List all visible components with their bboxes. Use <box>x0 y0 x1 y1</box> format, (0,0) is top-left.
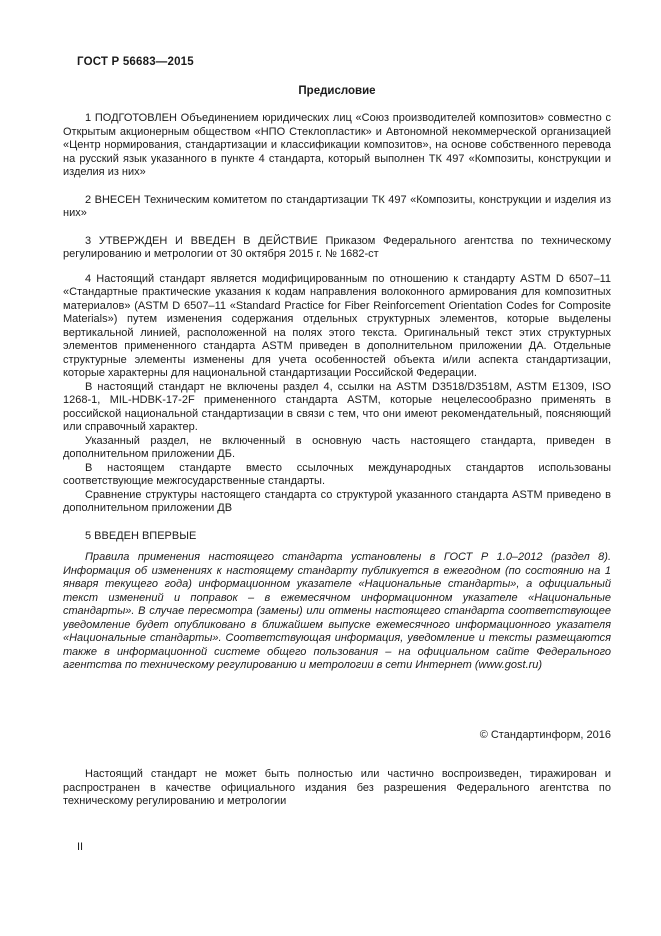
preface-item-1: 1 ПОДГОТОВЛЕН Объединением юридических л… <box>63 112 611 180</box>
application-rules-note: Правила применения настоящего стандарта … <box>63 551 611 673</box>
preface-item-3: 3 УТВЕРЖДЕН И ВВЕДЕН В ДЕЙСТВИЕ Приказом… <box>63 235 611 262</box>
section-title: Предисловие <box>63 84 611 98</box>
preface-item-4-main: 4 Настоящий стандарт является модифициро… <box>63 273 611 381</box>
copyright-line: © Стандартинформ, 2016 <box>63 729 611 743</box>
preface-item-2: 2 ВНЕСЕН Техническим комитетом по станда… <box>63 194 611 221</box>
reproduction-restriction: Настоящий стандарт не может быть полност… <box>63 768 611 809</box>
preface-item-4-sub-1: В настоящий стандарт не включены раздел … <box>63 381 611 435</box>
preface-item-4-sub-2: Указанный раздел, не включенный в основн… <box>63 435 611 462</box>
preface-item-4-sub-4: Сравнение структуры настоящего стандарта… <box>63 489 611 516</box>
document-page: ГОСТ Р 56683—2015 Предисловие 1 ПОДГОТОВ… <box>0 0 661 936</box>
doc-number: ГОСТ Р 56683—2015 <box>63 55 611 69</box>
preface-item-4-sub-3: В настоящем стандарте вместо ссылочных м… <box>63 462 611 489</box>
preface-item-5: 5 ВВЕДЕН ВПЕРВЫЕ <box>63 530 611 544</box>
page-number: II <box>63 841 611 854</box>
preface-item-4-block: 4 Настоящий стандарт является модифициро… <box>63 273 611 516</box>
